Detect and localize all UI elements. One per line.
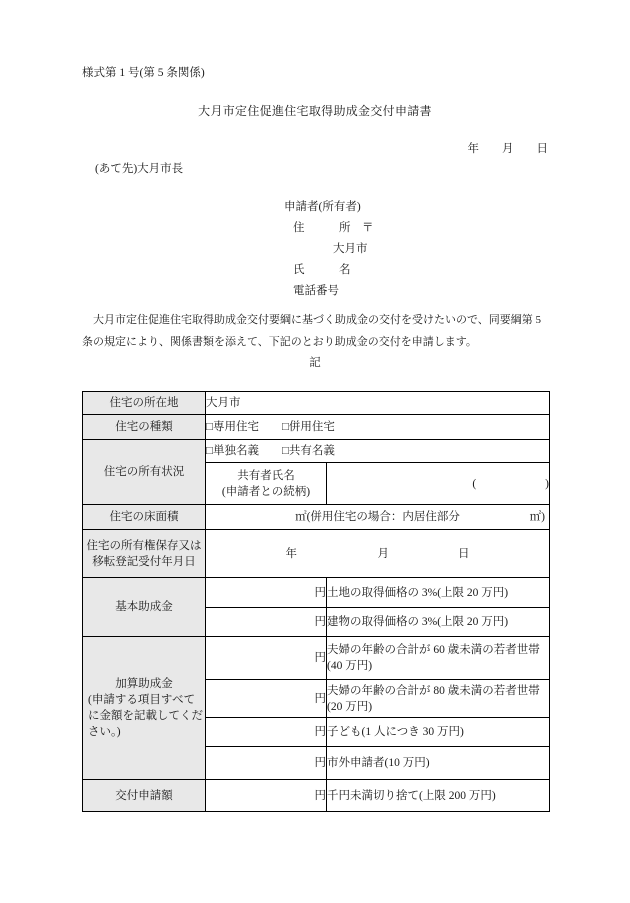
under80-desc-line2: (20 万円) xyxy=(327,699,549,715)
row-additional-under60: 加算助成金 (申請する項目すべて に金額を記載してくだ さい。) 円 夫婦の年齢… xyxy=(83,637,550,680)
row-registration-date: 住宅の所有権保存又は 移転登記受付年月日 年 月 日 xyxy=(83,530,550,578)
body-line-1: 大月市定住促進住宅取得助成金交付要綱に基づく助成金の交付を受けたいので、同要綱第… xyxy=(82,311,560,333)
cell-ownership-label: 住宅の所有状況 xyxy=(83,440,206,505)
additional-label-line3: に金額を記載してくだ xyxy=(83,708,205,724)
cell-type-checkboxes: □専用住宅 □併用住宅 xyxy=(206,415,550,440)
cell-total-desc: 千円未満切り捨て(上限 200 万円) xyxy=(327,780,550,812)
body-line-2: 条の規定により、関係書類を添えて、下記のとおり助成金の交付を申請します。 xyxy=(82,333,560,355)
row-location: 住宅の所在地 大月市 xyxy=(83,392,550,415)
cell-location-label: 住宅の所在地 xyxy=(83,392,206,415)
ki-marker: 記 xyxy=(0,356,630,371)
phone-label: 電話番号 xyxy=(293,284,339,299)
cell-co-owner-relation: ( ) xyxy=(327,463,550,505)
additional-label-line1: 加算助成金 xyxy=(83,676,205,692)
cell-location-value: 大月市 xyxy=(206,392,550,415)
cell-outside-city-amount: 円 xyxy=(206,747,327,780)
row-basic-land: 基本助成金 円 土地の取得価格の 3%(上限 20 万円) xyxy=(83,578,550,608)
application-table: 住宅の所在地 大月市 住宅の種類 □専用住宅 □併用住宅 住宅の所有状況 □単独… xyxy=(82,391,550,812)
applicant-heading: 申請者(所有者) xyxy=(284,200,361,215)
address-city-text: 大月市 xyxy=(333,242,368,257)
floor-unit-suffix: ㎡) xyxy=(530,509,545,525)
cell-co-owner-label: 共有者氏名 (申請者との続柄) xyxy=(206,463,327,505)
cell-floor-label: 住宅の床面積 xyxy=(83,505,206,530)
co-owner-label-line2: (申請者との続柄) xyxy=(206,484,326,500)
co-owner-label-line1: 共有者氏名 xyxy=(206,468,326,484)
cell-floor-value: ㎡(併用住宅の場合：内居住部分 ㎡) xyxy=(206,505,550,530)
cell-additional-label: 加算助成金 (申請する項目すべて に金額を記載してくだ さい。) xyxy=(83,637,206,780)
additional-label-line4: さい。) xyxy=(83,724,205,740)
cell-ownership-checkboxes: □単独名義 □共有名義 xyxy=(206,440,550,463)
cell-under60-amount: 円 xyxy=(206,637,327,680)
cell-basic-land-desc: 土地の取得価格の 3%(上限 20 万円) xyxy=(327,578,550,608)
document-page: 様式第 1 号(第 5 条関係) 大月市定住促進住宅取得助成金交付申請書 年 月… xyxy=(0,0,630,903)
body-paragraph: 大月市定住促進住宅取得助成金交付要綱に基づく助成金の交付を受けたいので、同要綱第… xyxy=(82,311,560,355)
address-label: 住 所 〒 xyxy=(293,221,374,236)
cell-basic-building-amount: 円 xyxy=(206,608,327,637)
under60-desc-line1: 夫婦の年齢の合計が 60 歳未満の若者世帯 xyxy=(327,642,549,658)
cell-basic-label: 基本助成金 xyxy=(83,578,206,637)
row-house-type: 住宅の種類 □専用住宅 □併用住宅 xyxy=(83,415,550,440)
cell-under60-desc: 夫婦の年齢の合計が 60 歳未満の若者世帯 (40 万円) xyxy=(327,637,550,680)
cell-total-label: 交付申請額 xyxy=(83,780,206,812)
under60-desc-line2: (40 万円) xyxy=(327,658,549,674)
row-total-application: 交付申請額 円 千円未満切り捨て(上限 200 万円) xyxy=(83,780,550,812)
under80-desc-line1: 夫婦の年齢の合計が 80 歳未満の若者世帯 xyxy=(327,683,549,699)
registration-label-line1: 住宅の所有権保存又は xyxy=(83,538,205,554)
date-line: 年 月 日 xyxy=(468,142,549,157)
name-label: 氏 名 xyxy=(293,263,351,278)
cell-under80-desc: 夫婦の年齢の合計が 80 歳未満の若者世帯 (20 万円) xyxy=(327,680,550,718)
cell-outside-city-desc: 市外申請者(10 万円) xyxy=(327,747,550,780)
cell-registration-value: 年 月 日 xyxy=(206,530,550,578)
floor-unit-text: ㎡(併用住宅の場合：内居住部分 xyxy=(295,511,460,523)
cell-total-amount: 円 xyxy=(206,780,327,812)
cell-basic-land-amount: 円 xyxy=(206,578,327,608)
additional-label-line2: (申請する項目すべて xyxy=(83,692,205,708)
document-title: 大月市定住促進住宅取得助成金交付申請書 xyxy=(0,104,630,119)
cell-basic-building-desc: 建物の取得価格の 3%(上限 20 万円) xyxy=(327,608,550,637)
cell-under80-amount: 円 xyxy=(206,680,327,718)
row-ownership: 住宅の所有状況 □単独名義 □共有名義 xyxy=(83,440,550,463)
cell-children-amount: 円 xyxy=(206,718,327,747)
form-number: 様式第 1 号(第 5 条関係) xyxy=(82,66,205,81)
cell-type-label: 住宅の種類 xyxy=(83,415,206,440)
addressee-line: (あて先)大月市長 xyxy=(95,162,183,177)
row-floor-area: 住宅の床面積 ㎡(併用住宅の場合：内居住部分 ㎡) xyxy=(83,505,550,530)
registration-label-line2: 移転登記受付年月日 xyxy=(83,554,205,570)
cell-children-desc: 子ども(1 人につき 30 万円) xyxy=(327,718,550,747)
cell-registration-label: 住宅の所有権保存又は 移転登記受付年月日 xyxy=(83,530,206,578)
